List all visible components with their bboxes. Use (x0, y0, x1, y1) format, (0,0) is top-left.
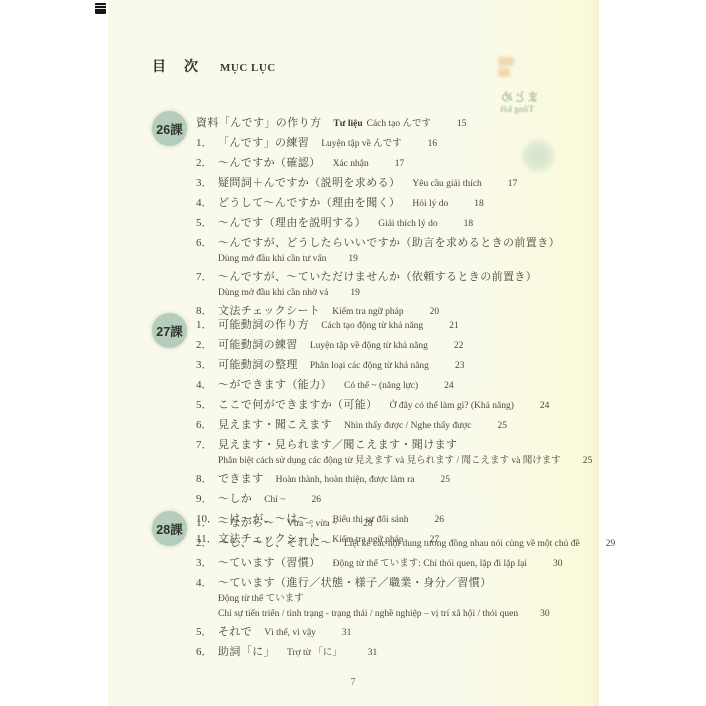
row-number: 5． (196, 215, 218, 232)
lesson-section: 28課1．～ながら～Vừa ~, vừa ~282．～し、～し、それに～Liệt… (152, 511, 596, 662)
row-subline: Phân biệt cách sử dụng các động từ 見えます … (218, 454, 596, 469)
toc-row: 2．～し、～し、それに～Liệt kê các nội dung tương đ… (196, 533, 596, 553)
lesson-badge: 26課 (152, 111, 187, 146)
row-number: 4． (196, 575, 218, 592)
row-page-number: 22 (454, 341, 464, 351)
row-page-number: 31 (342, 628, 352, 638)
toc-row: 2．～んですか（確認）Xác nhận17 (196, 153, 596, 173)
row-number: 5． (196, 624, 218, 641)
row-title-vi: Yêu cầu giải thích (412, 179, 481, 189)
row-title-vi: Chỉ ~ (264, 495, 285, 505)
toc-row: 4．どうして～んですか（理由を聞く）Hỏi lý do18 (196, 193, 596, 213)
row-page-number: 30 (553, 559, 563, 569)
toc-row: 3．～ています（習慣）Động từ thể ています: Chỉ thói qu… (196, 553, 596, 573)
row-title-jp: どうして～んですか（理由を聞く） (218, 197, 400, 209)
row-page-number: 18 (464, 219, 474, 229)
row-subline: Dùng mở đầu khi cần nhờ vả19 (218, 286, 596, 301)
toc-row: 4．～ています（進行／状態・様子／職業・身分／習慣）Động từ thể てい… (196, 573, 596, 622)
toc-rows: 資料「んです」の作り方Tư liệuCách tạo んです151．「んです」の… (196, 111, 596, 321)
lesson-section: 26課資料「んです」の作り方Tư liệuCách tạo んです151．「んで… (152, 111, 596, 321)
row-number: 1． (196, 317, 218, 334)
toc-row: 1．可能動詞の作り方Cách tạo động từ khả năng21 (196, 315, 596, 335)
toc-row: 5．それでVì thế, vì vậy31 (196, 622, 596, 642)
toc-row: 5．ここで何ができますか（可能）Ở đây có thể làm gì? (Kh… (196, 395, 596, 415)
toc-row: 5．～んです（理由を説明する）Giải thích lý do18 (196, 213, 596, 233)
toc-sections: 26課資料「んです」の作り方Tư liệuCách tạo んです151．「んで… (108, 0, 599, 706)
toc-row: 9．～しかChỉ ~26 (196, 489, 596, 509)
row-title-jp: 「んです」の練習 (218, 137, 309, 149)
row-page-number: 24 (540, 401, 550, 411)
toc-row: 3．疑問詞＋んですか（説明を求める）Yêu cầu giải thích17 (196, 173, 596, 193)
toc-row: 3．可能動詞の整理Phân loại các động từ khả năng2… (196, 355, 596, 375)
row-number: 6． (196, 644, 218, 661)
row-subline: Chỉ sự tiến triển / tình trạng - trạng t… (218, 607, 596, 622)
row-number: 2． (196, 155, 218, 172)
row-subline: Dùng mở đầu khi cần tư vấn19 (218, 252, 596, 267)
row-title-vi: Động từ thể ています: Chỉ thói quen, lặp đi … (333, 559, 527, 569)
row-page-number: 29 (606, 539, 616, 549)
toc-row: 6．見えます・聞こえますNhìn thấy được / Nghe thấy đ… (196, 415, 596, 435)
row-title-vi: Cách tạo んです (367, 119, 431, 129)
row-number: 7． (196, 437, 218, 454)
subline-text: Phân biệt cách sử dụng các động từ 見えます … (218, 456, 561, 466)
row-title-vi: Hỏi lý do (412, 199, 448, 209)
row-title-jp: 可能動詞の練習 (218, 339, 298, 351)
row-title-vi: Ở đây có thể làm gì? (Khả năng) (390, 401, 514, 411)
row-number: 3． (196, 357, 218, 374)
row-title-vi: Vừa ~, vừa ~ (287, 519, 337, 529)
row-title-jp: ～ています（習慣） (218, 557, 321, 569)
row-page-number: 23 (455, 361, 465, 371)
row-subline: Động từ thể ています (218, 592, 596, 607)
row-title-jp: ～んですか（確認） (218, 157, 321, 169)
row-title-vi: Có thể ~ (năng lực) (344, 381, 418, 391)
toc-row: 資料「んです」の作り方Tư liệuCách tạo んです15 (196, 113, 596, 133)
row-page-number: 24 (444, 381, 454, 391)
row-title-jp: できます (218, 473, 264, 485)
row-page-number: 31 (368, 648, 378, 658)
row-number: 6． (196, 235, 218, 252)
toc-row: 6．助詞「に」Trợ từ 「に」31 (196, 642, 596, 662)
row-number: 5． (196, 397, 218, 414)
toc-row: 1．「んです」の練習Luyện tập về んです16 (196, 133, 596, 153)
row-number: 3． (196, 175, 218, 192)
row-title-vi: Hoàn thành, hoàn thiện, được làm ra (276, 475, 415, 485)
row-title-jp: ～ができます（能力） (218, 379, 332, 391)
print-mark (95, 3, 106, 14)
row-label-vi-bold: Tư liệu (333, 119, 362, 129)
row-number: 8． (196, 471, 218, 488)
row-title-vi: Trợ từ 「に」 (287, 648, 342, 658)
row-title-jp: ここで何ができますか（可能） (218, 399, 378, 411)
row-page-number: 26 (311, 495, 321, 505)
row-number: 2． (196, 535, 218, 552)
row-title-vi: Phân loại các động từ khả năng (310, 361, 429, 371)
toc-row: 7．～んですが、～ていただけませんか（依頼するときの前置き）Dùng mở đầ… (196, 267, 596, 301)
row-title-jp: 可能動詞の作り方 (218, 319, 309, 331)
row-page-number: 16 (428, 139, 438, 149)
row-number: 4． (196, 377, 218, 394)
row-title-jp: ～んですが、～ていただけませんか（依頼するときの前置き） (218, 271, 537, 283)
row-number: 9． (196, 491, 218, 508)
row-number: 2． (196, 337, 218, 354)
toc-row: 7．見えます・見られます／聞こえます・聞けますPhân biệt cách sử… (196, 435, 596, 469)
row-page-number: 19 (350, 288, 360, 298)
row-title-vi: Cách tạo động từ khả năng (321, 321, 423, 331)
toc-row: 6．～んですが、どうしたらいいですか（助言を求めるときの前置き）Dùng mở … (196, 233, 596, 267)
row-number: 4． (196, 195, 218, 212)
row-title-vi: Luyện tập về んです (321, 139, 401, 149)
row-page-number: 25 (497, 421, 507, 431)
row-title-vi: Nhìn thấy được / Nghe thấy được (344, 421, 471, 431)
row-number: 3． (196, 555, 218, 572)
row-number: 7． (196, 269, 218, 286)
row-title-vi: Liệt kê các nội dung tương đồng nhau nói… (344, 539, 580, 549)
book-page: 目 次 MỤC LỤC まとめ Tổng kết 26課資料「んです」の作り方T… (108, 0, 599, 706)
row-page-number: 15 (457, 119, 467, 129)
toc-rows: 1．～ながら～Vừa ~, vừa ~282．～し、～し、それに～Liệt kê… (196, 511, 596, 662)
row-title-vi: Giải thích lý do (378, 219, 437, 229)
page-number: 7 (108, 677, 599, 688)
row-page-number: 17 (508, 179, 518, 189)
row-title-jp: 可能動詞の整理 (218, 359, 298, 371)
row-title-jp: それで (218, 626, 252, 638)
row-page-number: 17 (395, 159, 405, 169)
row-page-number: 30 (540, 609, 550, 619)
row-title-jp: 見えます・聞こえます (218, 419, 332, 431)
row-page-number: 18 (474, 199, 484, 209)
row-title-jp: 疑問詞＋んですか（説明を求める） (218, 177, 400, 189)
subline-text: Động từ thể ています (218, 594, 304, 604)
row-number: 1． (196, 135, 218, 152)
toc-row: 1．～ながら～Vừa ~, vừa ~28 (196, 513, 596, 533)
lesson-badge: 27課 (152, 313, 187, 348)
row-title-jp: ～ながら～ (218, 517, 275, 529)
row-title-jp: 助詞「に」 (218, 646, 275, 658)
toc-row: 4．～ができます（能力）Có thể ~ (năng lực)24 (196, 375, 596, 395)
row-title-jp: ～しか (218, 493, 252, 505)
row-title-jp: ～ています（進行／状態・様子／職業・身分／習慣） (218, 577, 492, 589)
row-number: 6． (196, 417, 218, 434)
lesson-badge: 28課 (152, 511, 187, 546)
row-title-jp: 見えます・見られます／聞こえます・聞けます (218, 439, 457, 451)
row-page-number: 21 (449, 321, 459, 331)
subline-text: Dùng mở đầu khi cần tư vấn (218, 254, 326, 264)
row-title-vi: Luyện tập về động từ khả năng (310, 341, 428, 351)
subline-text: Dùng mở đầu khi cần nhờ vả (218, 288, 328, 298)
subline-text: Chỉ sự tiến triển / tình trạng - trạng t… (218, 609, 518, 619)
row-page-number: 25 (441, 475, 451, 485)
toc-row: 8．できますHoàn thành, hoàn thiện, được làm r… (196, 469, 596, 489)
row-page-number: 25 (583, 456, 593, 466)
row-page-number: 28 (363, 519, 373, 529)
row-title-jp: ～んですが、どうしたらいいですか（助言を求めるときの前置き） (218, 237, 560, 249)
row-page-number: 19 (348, 254, 358, 264)
row-title-jp: ～んです（理由を説明する） (218, 217, 366, 229)
row-number: 1． (196, 515, 218, 532)
row-title-jp: ～し、～し、それに～ (218, 537, 332, 549)
toc-row: 2．可能動詞の練習Luyện tập về động từ khả năng22 (196, 335, 596, 355)
row-title-jp: 資料「んです」の作り方 (196, 117, 321, 129)
row-title-vi: Vì thế, vì vậy (264, 628, 316, 638)
row-title-vi: Xác nhận (333, 159, 369, 169)
